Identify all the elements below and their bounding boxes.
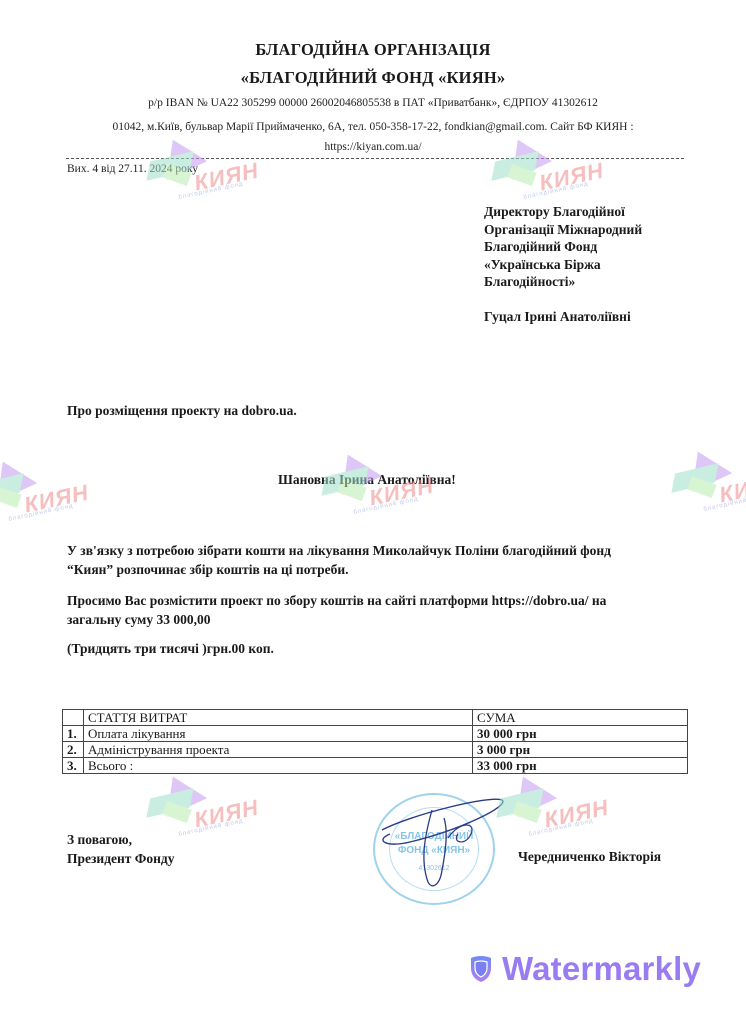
table-row: 1. Оплата лікування 30 000 грн — [63, 726, 688, 742]
signer-name: Чередниченко Вікторія — [518, 849, 661, 865]
row-num: 3. — [63, 758, 84, 774]
body-line: загальну суму 33 000,00 — [67, 610, 606, 629]
org-address: 01042, м.Київ, бульвар Марії Приймаченко… — [0, 121, 746, 133]
table-header-row: СТАТТЯ ВИТРАТ СУМА — [63, 710, 688, 726]
addressee-line: Благодійності» — [484, 273, 642, 291]
addressee-line: Організації Міжнародний — [484, 221, 642, 239]
header-sum: СУМА — [473, 710, 688, 726]
letterhead-divider — [66, 158, 684, 159]
body-line: “Киян” розпочинає збір коштів на ці потр… — [67, 560, 611, 579]
salutation: Шановна Ірина Анатоліївна! — [278, 472, 456, 488]
addressee-line: «Українська Біржа — [484, 256, 642, 274]
shield-icon — [468, 954, 494, 984]
body-line: У зв'язку з потребою зібрати кошти на лі… — [67, 541, 611, 560]
letter-subject: Про розміщення проекту на dobro.ua. — [67, 403, 297, 419]
addressee-line: Директору Благодійної — [484, 203, 642, 221]
watermarkly-overlay: Watermarkly — [468, 950, 701, 988]
row-num: 1. — [63, 726, 84, 742]
addressee-name: Гуцал Ірині Анатоліївні — [484, 308, 642, 326]
org-name-line2: «БЛАГОДІЙНИЙ ФОНД «КИЯН» — [0, 68, 746, 88]
row-sum: 33 000 грн — [473, 758, 688, 774]
bank-details: р/р IBAN № UA22 305299 00000 26002046805… — [0, 97, 746, 109]
watermarkly-label: Watermarkly — [502, 950, 701, 988]
org-website: https://kiyan.com.ua/ — [0, 141, 746, 153]
org-name-line1: БЛАГОДІЙНА ОРГАНІЗАЦІЯ — [0, 40, 746, 60]
body-line: Просимо Вас розмістити проект по збору к… — [67, 591, 606, 610]
kiyan-logo-watermark: КИЯНблагодійний фонд — [675, 450, 746, 520]
amount-in-words: (Тридцять три тисячі )грн.00 коп. — [67, 641, 274, 657]
kiyan-logo-watermark: КИЯНблагодійний фонд — [0, 460, 90, 530]
row-num: 2. — [63, 742, 84, 758]
kiyan-logo-watermark: КИЯНблагодійний фонд — [500, 775, 610, 845]
signature-block: З повагою, Президент Фонду — [67, 830, 175, 868]
addressee-line: Благодійний Фонд — [484, 238, 642, 256]
row-item: Всього : — [84, 758, 473, 774]
handwritten-signature — [370, 790, 510, 900]
body-paragraph-1: У зв'язку з потребою зібрати кошти на лі… — [67, 541, 611, 579]
row-sum: 30 000 грн — [473, 726, 688, 742]
signer-title: Президент Фонду — [67, 849, 175, 868]
table-row: 2. Адміністрування проекта 3 000 грн — [63, 742, 688, 758]
outgoing-reference: Вих. 4 від 27.11. 2024 року — [67, 163, 198, 175]
kiyan-logo-watermark: КИЯНблагодійний фонд — [325, 453, 435, 523]
closing: З повагою, — [67, 830, 175, 849]
row-sum: 3 000 грн — [473, 742, 688, 758]
row-item: Оплата лікування — [84, 726, 473, 742]
expense-table: СТАТТЯ ВИТРАТ СУМА 1. Оплата лікування 3… — [62, 709, 688, 774]
row-item: Адміністрування проекта — [84, 742, 473, 758]
body-paragraph-2: Просимо Вас розмістити проект по збору к… — [67, 591, 606, 629]
header-item: СТАТТЯ ВИТРАТ — [84, 710, 473, 726]
table-row: 3. Всього : 33 000 грн — [63, 758, 688, 774]
addressee-block: Директору Благодійної Організації Міжнар… — [484, 203, 642, 325]
header-num — [63, 710, 84, 726]
